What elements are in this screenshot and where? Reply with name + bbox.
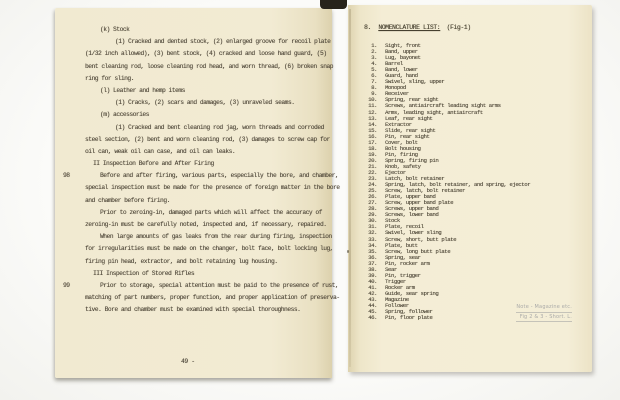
text-line-content: special inspection must be made for the … xyxy=(85,184,340,191)
text-line-content: (1/32 inch allowed), (3) bent stock, (4)… xyxy=(85,50,326,57)
text-line: II Inspection Before and After Firing xyxy=(85,158,322,170)
text-line-content: Before and after firing, various parts, … xyxy=(100,172,338,179)
text-line: When large amounts of gas leaks from the… xyxy=(85,231,322,243)
text-line: for irregularities must be made on the c… xyxy=(85,243,322,255)
heading-figure-ref: (Fig-1) xyxy=(447,24,471,31)
text-line: (1/32 inch allowed), (3) bent stock, (4)… xyxy=(85,48,322,60)
text-line-content: III Inspection of Stored Rifles xyxy=(93,270,194,277)
text-line: steel section, (2) bent and worn cleanin… xyxy=(85,134,322,146)
nomenclature-list: 1. Sight, front 2. Band, upper 3. Lug, b… xyxy=(364,43,586,321)
text-line: bent cleaning rod, loose cleaning rod he… xyxy=(85,61,322,73)
text-line: tive. Bore and chamber must be examined … xyxy=(85,304,322,316)
text-line: III Inspection of Stored Rifles xyxy=(85,268,322,280)
text-line: ring for sling. xyxy=(85,73,322,85)
heading-title: NOMENCLATURE LIST: xyxy=(378,24,440,31)
text-line-content: matching of part numbers, proper functio… xyxy=(85,294,340,301)
text-line: (1) Cracked and dented stock, (2) enlarg… xyxy=(85,36,322,48)
text-line-content: tive. Bore and chamber must be examined … xyxy=(85,306,300,313)
text-line: (l) Leather and hemp items xyxy=(85,85,322,97)
text-line-content: (1) Cracks, (2) scars and damages, (3) u… xyxy=(115,99,294,106)
text-line: matching of part numbers, proper functio… xyxy=(85,292,322,304)
margin-number: 99 xyxy=(63,280,70,292)
margin-number: 98 xyxy=(63,170,70,182)
text-line-content: for irregularities must be made on the c… xyxy=(85,245,333,252)
text-line-content: Prior to zeroing-in, damaged parts which… xyxy=(100,209,322,216)
scan-speck xyxy=(347,250,349,253)
text-line-content: (1) Cracked and dented stock, (2) enlarg… xyxy=(115,38,330,45)
text-line-content: zeroing-in must be carefully noted, insp… xyxy=(85,221,326,228)
text-line: oil can, weak oil can case, and oil can … xyxy=(85,146,322,158)
heading-number: 8. xyxy=(364,24,371,31)
nomenclature-heading: 8. NOMENCLATURE LIST: (Fig-1) xyxy=(364,24,471,31)
text-line-content: When large amounts of gas leaks from the… xyxy=(100,233,332,240)
item-text: Pin, floor plate xyxy=(385,314,432,321)
text-line: (k) Stock xyxy=(85,24,322,36)
text-line-content: (l) Leather and hemp items xyxy=(100,87,185,94)
text-line-content: firing pin head, extractor, and bolt ret… xyxy=(85,258,278,265)
text-line-content: (k) Stock xyxy=(100,26,129,33)
text-line: special inspection must be made for the … xyxy=(85,182,322,194)
text-line-content: Prior to storage, special attention must… xyxy=(100,282,338,289)
right-page: 8. NOMENCLATURE LIST: (Fig-1) 1. Sight, … xyxy=(348,5,592,372)
text-line-content: II Inspection Before and After Firing xyxy=(93,160,214,167)
left-page-body: (k) Stock (1) Cracked and dented stock, … xyxy=(85,24,322,317)
text-line: and chamber before firing. xyxy=(85,195,322,207)
text-line-content: steel section, (2) bent and worn cleanin… xyxy=(85,136,330,143)
text-line: Prior to zeroing-in, damaged parts which… xyxy=(85,207,322,219)
text-line: (1) Cracks, (2) scars and damages, (3) u… xyxy=(85,97,322,109)
text-line-content: (1) Cracked and bent cleaning rod jag, w… xyxy=(115,124,324,131)
text-line: 98 Before and after firing, various part… xyxy=(85,170,322,182)
text-line: (1) Cracked and bent cleaning rod jag, w… xyxy=(85,122,322,134)
book-spine-shadow xyxy=(320,0,347,9)
text-line-content: ring for sling. xyxy=(85,75,134,82)
item-number: 46. xyxy=(364,315,377,321)
text-line-content: bent cleaning rod, loose cleaning rod he… xyxy=(85,63,333,70)
text-line: (m) accessories xyxy=(85,109,322,121)
text-line-content: and chamber before firing. xyxy=(85,197,170,204)
text-line-content: oil can, weak oil can case, and oil can … xyxy=(85,148,235,155)
pencil-note-line2: Fig 2 & 3 - Short. L. xyxy=(516,313,572,323)
page-fold-crease xyxy=(349,9,351,367)
left-page: (k) Stock (1) Cracked and dented stock, … xyxy=(55,8,332,378)
text-line-content: (m) accessories xyxy=(100,111,149,118)
text-line: zeroing-in must be carefully noted, insp… xyxy=(85,219,322,231)
text-line: firing pin head, extractor, and bolt ret… xyxy=(85,256,322,268)
pencil-note: Note - Magazine etc. Fig 2 & 3 - Short. … xyxy=(516,303,572,322)
pencil-note-line1: Note - Magazine etc. xyxy=(516,303,572,313)
page-number: 49 - xyxy=(181,358,195,365)
text-line: 99 Prior to storage, special attention m… xyxy=(85,280,322,292)
